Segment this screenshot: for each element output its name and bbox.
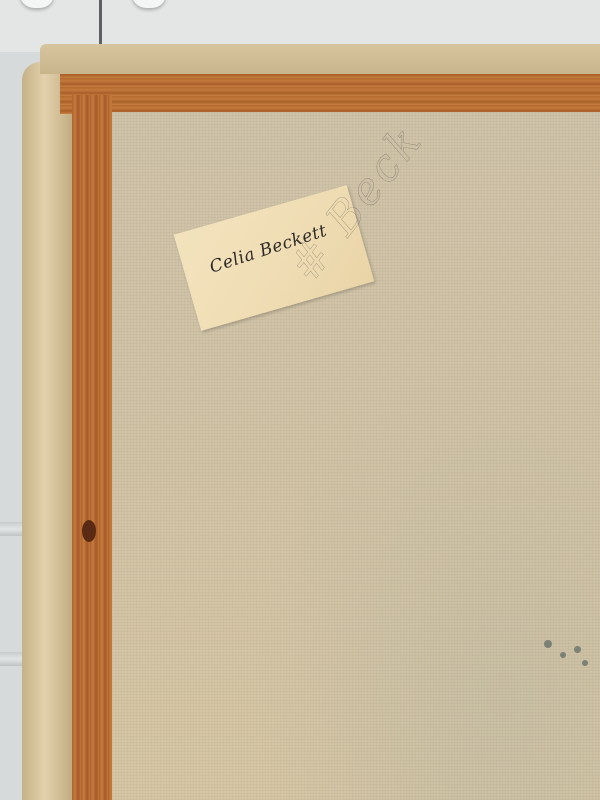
stretcher-bar-left (72, 95, 112, 800)
paint-speck (574, 646, 581, 653)
paint-speck (544, 640, 552, 648)
paint-speck (582, 660, 588, 666)
folded-canvas-edge-left (22, 62, 78, 800)
paint-speck (560, 652, 566, 658)
wood-knot (82, 520, 96, 542)
drawer-knob (132, 0, 166, 8)
drawer-knob (20, 0, 54, 8)
folded-canvas-edge-top (40, 44, 600, 74)
